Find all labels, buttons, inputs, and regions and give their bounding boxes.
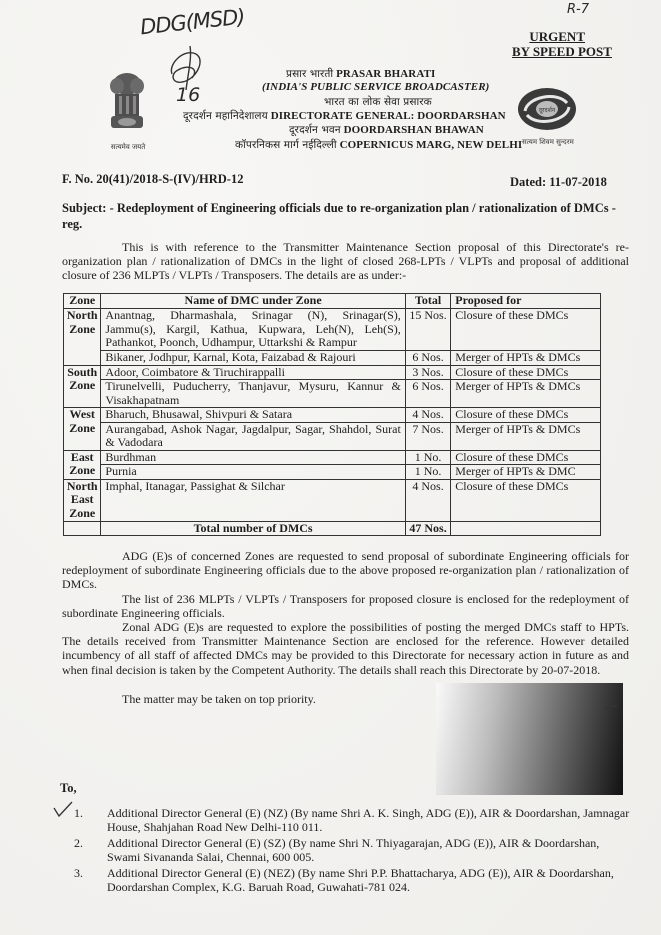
dmc-names-cell: Adoor, Coimbatore & Tiruchirappalli xyxy=(101,365,405,380)
total-cell: 15 Nos. xyxy=(405,309,451,351)
dmc-names-cell: Tirunelvelli, Puducherry, Thanjavur, Mys… xyxy=(101,380,405,408)
table-row: South Zone Adoor, Coimbatore & Tiruchira… xyxy=(64,365,601,380)
proposed-cell: Closure of these DMCs xyxy=(451,309,601,351)
total-cell: 7 Nos. xyxy=(405,422,451,450)
paragraph-adg-request: ADG (E)s of concerned Zones are requeste… xyxy=(62,549,629,592)
tagline-english: (INDIA'S PUBLIC SERVICE BROADCASTER) xyxy=(262,81,489,93)
header-total: Total xyxy=(405,294,451,309)
dmc-names-cell: Imphal, Itanagar, Passighat & Silchar xyxy=(101,479,405,521)
dmc-names-cell: Aurangabad, Ashok Nagar, Jagdalpur, Saga… xyxy=(101,422,405,450)
table-row: Bikaner, Jodhpur, Karnal, Kota, Faizabad… xyxy=(64,351,601,366)
zone-cell: South Zone xyxy=(64,365,101,408)
recipient-3: 3. Additional Director General (E) (NEZ)… xyxy=(62,866,632,894)
emblem-caption: सत्यमेव जयते xyxy=(100,143,156,152)
table-header-row: Zone Name of DMC under Zone Total Propos… xyxy=(64,294,601,309)
proposed-cell: Merger of HPTs & DMC xyxy=(451,465,601,480)
urgent-label: URGENT xyxy=(529,29,585,45)
proposed-cell: Closure of these DMCs xyxy=(451,408,601,423)
dmc-names-cell: Anantnag, Dharmashala, Srinagar (N), Sri… xyxy=(101,309,405,351)
proposed-cell: Merger of HPTs & DMCs xyxy=(451,351,601,366)
file-number: F. No. 20(41)/2018-S-(IV)/HRD-12 xyxy=(62,172,243,187)
national-emblem-icon xyxy=(105,70,149,134)
table-row: West Zone Bharuch, Bhusawal, Shivpuri & … xyxy=(64,408,601,423)
dmc-names-cell: Burdhman xyxy=(101,450,405,465)
dmc-names-cell: Bikaner, Jodhpur, Karnal, Kota, Faizabad… xyxy=(101,351,405,366)
proposed-cell: Merger of HPTs & DMCs xyxy=(451,380,601,408)
doordarshan-logo-icon: दूरदर्शन xyxy=(517,87,577,131)
dmc-names-cell: Purnia xyxy=(101,465,405,480)
table-row: Aurangabad, Ashok Nagar, Jagdalpur, Saga… xyxy=(64,422,601,450)
paragraph-zonal-adg: Zonal ADG (E)s are requested to explore … xyxy=(62,620,629,677)
tagline-hindi: भारत का लोक सेवा प्रसारक xyxy=(324,95,432,109)
total-cell: 6 Nos. xyxy=(405,380,451,408)
header-dmc-name: Name of DMC under Zone xyxy=(101,294,405,309)
table-row: East Zone Burdhman 1 No. Closure of thes… xyxy=(64,450,601,465)
proposed-cell: Closure of these DMCs xyxy=(451,479,601,521)
zone-cell: West Zone xyxy=(64,408,101,451)
total-label: Total number of DMCs xyxy=(101,521,405,536)
total-value: 47 Nos. xyxy=(405,521,451,536)
table-row: Tirunelvelli, Puducherry, Thanjavur, Mys… xyxy=(64,380,601,408)
bhawan-line: दूरदर्शन भवन DOORDARSHAN BHAWAN xyxy=(289,123,484,137)
table-row: North East Zone Imphal, Itanagar, Passig… xyxy=(64,479,601,521)
total-cell: 1 No. xyxy=(405,465,451,480)
recipient-2: 2. Additional Director General (E) (SZ) … xyxy=(62,836,632,864)
org-name-line: प्रसार भारती PRASAR BHARATI xyxy=(286,67,435,81)
total-cell: 4 Nos. xyxy=(405,479,451,521)
paragraph-list-enclosed: The list of 236 MLPTs / VLPTs / Transpos… xyxy=(62,592,629,620)
proposed-cell: Closure of these DMCs xyxy=(451,450,601,465)
table-total-row: Total number of DMCs 47 Nos. xyxy=(64,521,601,536)
proposed-cell: Merger of HPTs & DMCs xyxy=(451,422,601,450)
date: Dated: 11-07-2018 xyxy=(510,175,607,190)
svg-text:दूरदर्शन: दूरदर्शन xyxy=(539,106,556,114)
zone-cell: North East Zone xyxy=(64,479,101,521)
address-line: कॉपरनिकस मार्ग नईदिल्ली COPERNICUS MARG,… xyxy=(235,138,522,152)
zone-cell: North Zone xyxy=(64,309,101,366)
proposed-cell: Closure of these DMCs xyxy=(451,365,601,380)
table-row: North Zone Anantnag, Dharmashala, Srinag… xyxy=(64,309,601,351)
handwritten-ref-note: R-7 xyxy=(567,2,589,17)
recipient-1: 1. Additional Director General (E) (NZ) … xyxy=(62,806,632,834)
total-cell: 1 No. xyxy=(405,450,451,465)
table-row: Purnia 1 No. Merger of HPTs & DMC xyxy=(64,465,601,480)
intro-paragraph: This is with reference to the Transmitte… xyxy=(62,240,629,283)
zone-cell: East Zone xyxy=(64,450,101,479)
dmc-names-cell: Bharuch, Bhusawal, Shivpuri & Satara xyxy=(101,408,405,423)
redacted-signature-block xyxy=(436,683,623,795)
total-cell: 6 Nos. xyxy=(405,351,451,366)
logo-caption: सत्यम शिवम सुन्दरम xyxy=(522,138,574,147)
to-label: To, xyxy=(60,781,77,796)
total-cell: 3 Nos. xyxy=(405,365,451,380)
header-zone: Zone xyxy=(64,294,101,309)
total-cell: 4 Nos. xyxy=(405,408,451,423)
handwritten-number: 16 xyxy=(176,84,200,106)
dmc-table: Zone Name of DMC under Zone Total Propos… xyxy=(63,293,601,536)
subject-line: Subject: - Redeployment of Engineering o… xyxy=(62,200,630,232)
directorate-line: दूरदर्शन महानिदेशालय DIRECTORATE GENERAL… xyxy=(183,109,506,123)
header-proposed: Proposed for xyxy=(451,294,601,309)
speed-post-label: BY SPEED POST xyxy=(512,44,612,60)
